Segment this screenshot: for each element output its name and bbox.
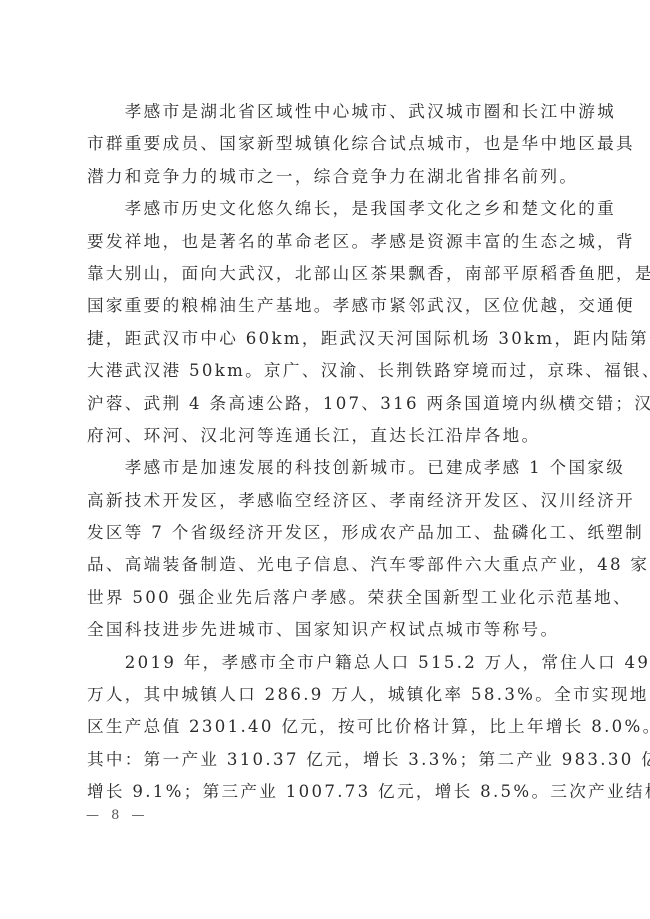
text-line: 沪蓉、武荆 4 条高速公路，107、316 两条国道境内纵横交错；汉江、 (87, 388, 566, 420)
text-line: 2019 年，孝感市全市户籍总人口 515.2 万人，常住人口 492.1 (87, 647, 566, 679)
page-number: — 8 — (86, 808, 149, 823)
body-text: 孝感市是湖北省区域性中心城市、武汉城市圈和长江中游城 市群重要成员、国家新型城镇… (87, 96, 566, 809)
text-line: 品、高端装备制造、光电子信息、汽车零部件六大重点产业，48 家 (87, 549, 566, 581)
text-line: 孝感市是湖北省区域性中心城市、武汉城市圈和长江中游城 (87, 96, 566, 128)
paragraph-city-overview: 孝感市是湖北省区域性中心城市、武汉城市圈和长江中游城 市群重要成员、国家新型城镇… (87, 96, 566, 193)
text-line: 靠大别山，面向大武汉，北部山区茶果飘香，南部平原稻香鱼肥，是 (87, 258, 566, 290)
text-line: 孝感市是加速发展的科技创新城市。已建成孝感 1 个国家级 (87, 452, 566, 484)
text-line: 增长 9.1%；第三产业 1007.73 亿元，增长 8.5%。三次产业结构 (87, 776, 566, 808)
paragraph-history-location: 孝感市历史文化悠久绵长，是我国孝文化之乡和楚文化的重 要发祥地，也是著名的革命老… (87, 193, 566, 452)
text-line: 孝感市历史文化悠久绵长，是我国孝文化之乡和楚文化的重 (87, 193, 566, 225)
text-line: 国家重要的粮棉油生产基地。孝感市紧邻武汉，区位优越，交通便 (87, 290, 566, 322)
text-line: 万人，其中城镇人口 286.9 万人，城镇化率 58.3%。全市实现地 (87, 679, 566, 711)
paragraph-tech-innovation: 孝感市是加速发展的科技创新城市。已建成孝感 1 个国家级 高新技术开发区，孝感临… (87, 452, 566, 646)
text-line: 府河、环河、汉北河等连通长江，直达长江沿岸各地。 (87, 420, 566, 452)
document-page: 孝感市是湖北省区域性中心城市、武汉城市圈和长江中游城 市群重要成员、国家新型城镇… (0, 0, 650, 919)
text-line: 市群重要成员、国家新型城镇化综合试点城市，也是华中地区最具 (87, 128, 566, 160)
text-line: 世界 500 强企业先后落户孝感。荣获全国新型工业化示范基地、 (87, 582, 566, 614)
text-line: 要发祥地，也是著名的革命老区。孝感是资源丰富的生态之城，背 (87, 226, 566, 258)
paragraph-economy-2019: 2019 年，孝感市全市户籍总人口 515.2 万人，常住人口 492.1 万人… (87, 647, 566, 809)
text-line: 大港武汉港 50km。京广、汉渝、长荆铁路穿境而过，京珠、福银、 (87, 355, 566, 387)
text-line: 潜力和竞争力的城市之一，综合竞争力在湖北省排名前列。 (87, 161, 566, 193)
text-line: 全国科技进步先进城市、国家知识产权试点城市等称号。 (87, 614, 566, 646)
text-line: 高新技术开发区，孝感临空经济区、孝南经济开发区、汉川经济开 (87, 485, 566, 517)
text-line: 发区等 7 个省级经济开发区，形成农产品加工、盐磷化工、纸塑制 (87, 517, 566, 549)
text-line: 区生产总值 2301.40 亿元，按可比价格计算，比上年增长 8.0%。 (87, 711, 566, 743)
text-line: 其中：第一产业 310.37 亿元，增长 3.3%；第二产业 983.30 亿元… (87, 744, 566, 776)
text-line: 捷，距武汉市中心 60km，距武汉天河国际机场 30km，距内陆第一 (87, 323, 566, 355)
